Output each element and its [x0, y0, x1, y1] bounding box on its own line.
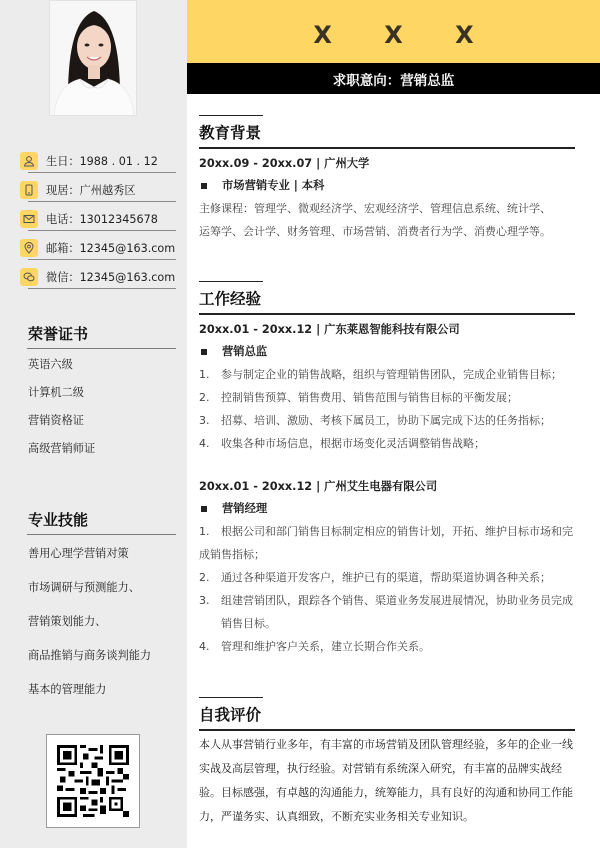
residence-text: 现居：广州越秀区 — [46, 182, 136, 198]
duty-item: 4.收集各种市场信息，根据市场变化灵活调整销售战略； — [199, 432, 575, 455]
duty-item: 1.参与制定企业的销售战略，组织与管理销售团队，完成企业销售目标； — [199, 363, 575, 386]
duty-text: 管理和维护客户关系，建立长期合作关系。 — [221, 640, 430, 653]
heading-accent-line — [199, 281, 263, 282]
sidebar: 生日：1988 . 01 . 12 现居：广州越秀区 电话：1301234567… — [0, 0, 187, 848]
honor-item: 高级营销师证 — [27, 435, 176, 463]
education-section: 教育背景 20xx.09 - 20xx.07 | 广州大学 市场营销专业 | 本… — [199, 115, 575, 243]
contact-list: 生日：1988 . 01 . 12 现居：广州越秀区 电话：1301234567… — [20, 146, 176, 291]
duty-number: 1. — [199, 520, 210, 543]
skills-list: 善用心理学营销对策 市场调研与预测能力、 营销策划能力、 商品推销与商务谈判能力… — [27, 537, 176, 707]
duty-item: 3.组建营销团队，跟踪各个销售、渠道业务发展进展情况，协助业务员完成销售目标。 — [199, 589, 575, 635]
duty-item: 3.招募、培训、激励、考核下属员工，协助下属完成下达的任务指标； — [199, 409, 575, 432]
role-text: 营销经理 — [222, 498, 267, 520]
duty-text: 招募、培训、激励、考核下属员工，协助下属完成下达的任务指标； — [221, 414, 551, 427]
phone-device-icon — [20, 181, 38, 199]
major-text: 市场营销专业 | 本科 — [222, 175, 324, 197]
duty-number: 2. — [199, 566, 210, 589]
education-entry-head: 20xx.09 - 20xx.07 | 广州大学 — [199, 153, 575, 175]
phone-text[interactable]: 电话：13012345678 — [46, 211, 158, 227]
skill-item: 商品推销与商务谈判能力 — [27, 639, 176, 673]
job-entry: 20xx.01 - 20xx.12 | 广东莱恩智能科技有限公司 营销总监 1.… — [199, 319, 575, 455]
courses-line: 运筹学、会计学、财务管理、市场营销、消费者行为学、消费心理学等。 — [199, 220, 575, 243]
duty-item: 4.管理和维护客户关系，建立长期合作关系。 — [199, 635, 575, 658]
skills-title: 专业技能 — [27, 509, 176, 535]
role-text: 营销总监 — [222, 341, 267, 363]
work-title: 工作经验 — [199, 287, 261, 309]
duty-number: 4. — [199, 432, 210, 455]
heading-rule — [199, 313, 575, 315]
honor-item: 计算机二级 — [27, 379, 176, 407]
skill-item: 基本的管理能力 — [27, 673, 176, 707]
self-eval-heading: 自我评价 — [199, 697, 575, 731]
job-intent: 求职意向：营销总监 — [333, 69, 455, 89]
square-bullet-icon — [201, 349, 207, 355]
envelope-icon — [20, 210, 38, 228]
self-eval-title: 自我评价 — [199, 703, 261, 725]
work-heading: 工作经验 — [199, 281, 575, 315]
education-major: 市场营销专业 | 本科 — [199, 175, 575, 197]
heading-rule — [199, 147, 575, 149]
duty-number: 3. — [199, 589, 210, 612]
heading-accent-line — [199, 115, 263, 116]
honors-section: 荣誉证书 英语六级 计算机二级 营销资格证 高级营销师证 — [27, 323, 176, 463]
duty-list: 1.根据公司和部门销售目标制定相应的销售计划，开拓、维护目标市场和完成销售指标；… — [199, 520, 575, 658]
education-heading: 教育背景 — [199, 115, 575, 149]
honors-title: 荣誉证书 — [27, 323, 176, 349]
square-bullet-icon — [201, 506, 207, 512]
education-title: 教育背景 — [199, 121, 261, 143]
contact-phone: 电话：13012345678 — [20, 204, 176, 233]
location-pin-icon — [20, 239, 38, 257]
birthday-text: 生日：1988 . 01 . 12 — [46, 153, 158, 169]
job-role: 营销总监 — [199, 341, 575, 363]
skills-section: 专业技能 善用心理学营销对策 市场调研与预测能力、 营销策划能力、 商品推销与商… — [27, 509, 176, 707]
honor-item: 营销资格证 — [27, 407, 176, 435]
duty-text: 参与制定企业的销售战略，组织与管理销售团队，完成企业销售目标； — [221, 368, 562, 381]
job-entry: 20xx.01 - 20xx.12 | 广州艾生电器有限公司 营销经理 1.根据… — [199, 476, 575, 658]
duty-text: 根据公司和部门销售目标制定相应的销售计划，开拓、维护目标市场和完成销售指标； — [199, 525, 573, 561]
divider — [28, 230, 176, 231]
candidate-name: X X X — [313, 21, 495, 49]
email-text[interactable]: 邮箱：12345@163.com — [46, 240, 175, 256]
divider — [28, 172, 176, 173]
duty-item: 2.通过各种渠道开发客户，维护已有的渠道，帮助渠道协调各种关系； — [199, 566, 575, 589]
resume-page: 生日：1988 . 01 . 12 现居：广州越秀区 电话：1301234567… — [0, 0, 600, 848]
duty-text: 组建营销团队，跟踪各个销售、渠道业务发展进展情况，协助业务员完成销售目标。 — [221, 594, 573, 630]
profile-photo — [49, 0, 137, 116]
courses-line: 主修课程：管理学、微观经济学、宏观经济学、管理信息系统、统计学、 — [199, 197, 575, 220]
job-head: 20xx.01 - 20xx.12 | 广州艾生电器有限公司 — [199, 476, 575, 498]
person-icon — [20, 152, 38, 170]
contact-residence: 现居：广州越秀区 — [20, 175, 176, 204]
duty-number: 4. — [199, 635, 210, 658]
contact-birthday: 生日：1988 . 01 . 12 — [20, 146, 176, 175]
duty-number: 1. — [199, 363, 210, 386]
self-eval-section: 自我评价 本人从事营销行业多年，有丰富的市场营销及团队管理经验，多年的企业一线实… — [199, 697, 575, 829]
self-eval-text: 本人从事营销行业多年，有丰富的市场营销及团队管理经验，多年的企业一线实战及高层管… — [199, 733, 575, 829]
job-head: 20xx.01 - 20xx.12 | 广东莱恩智能科技有限公司 — [199, 319, 575, 341]
contact-wechat: 微信：12345@163.com — [20, 262, 176, 291]
work-section: 工作经验 20xx.01 - 20xx.12 | 广东莱恩智能科技有限公司 营销… — [199, 281, 575, 658]
divider — [28, 201, 176, 202]
heading-rule — [199, 729, 575, 731]
duty-list: 1.参与制定企业的销售战略，组织与管理销售团队，完成企业销售目标； 2.控制销售… — [199, 363, 575, 455]
duty-text: 通过各种渠道开发客户，维护已有的渠道，帮助渠道协调各种关系； — [221, 571, 551, 584]
wechat-text: 微信：12345@163.com — [46, 269, 175, 285]
divider — [28, 259, 176, 260]
qr-code — [46, 734, 140, 828]
skill-item: 善用心理学营销对策 — [27, 537, 176, 571]
skill-item: 市场调研与预测能力、 — [27, 571, 176, 605]
square-bullet-icon — [201, 183, 207, 189]
duty-text: 控制销售预算、销售费用、销售范围与销售目标的平衡发展； — [221, 391, 518, 404]
job-intent-bar: 求职意向：营销总监 — [187, 63, 600, 94]
skill-item: 营销策划能力、 — [27, 605, 176, 639]
contact-email: 邮箱：12345@163.com — [20, 233, 176, 262]
duty-item: 1.根据公司和部门销售目标制定相应的销售计划，开拓、维护目标市场和完成销售指标； — [199, 520, 575, 566]
divider — [28, 288, 176, 289]
honor-item: 英语六级 — [27, 351, 176, 379]
duty-number: 2. — [199, 386, 210, 409]
name-banner: X X X — [187, 0, 600, 63]
job-role: 营销经理 — [199, 498, 575, 520]
duty-number: 3. — [199, 409, 210, 432]
duty-text: 收集各种市场信息，根据市场变化灵活调整销售战略； — [221, 437, 485, 450]
heading-accent-line — [199, 697, 263, 698]
duty-item: 2.控制销售预算、销售费用、销售范围与销售目标的平衡发展； — [199, 386, 575, 409]
honors-list: 英语六级 计算机二级 营销资格证 高级营销师证 — [27, 351, 176, 463]
wechat-icon — [20, 268, 38, 286]
